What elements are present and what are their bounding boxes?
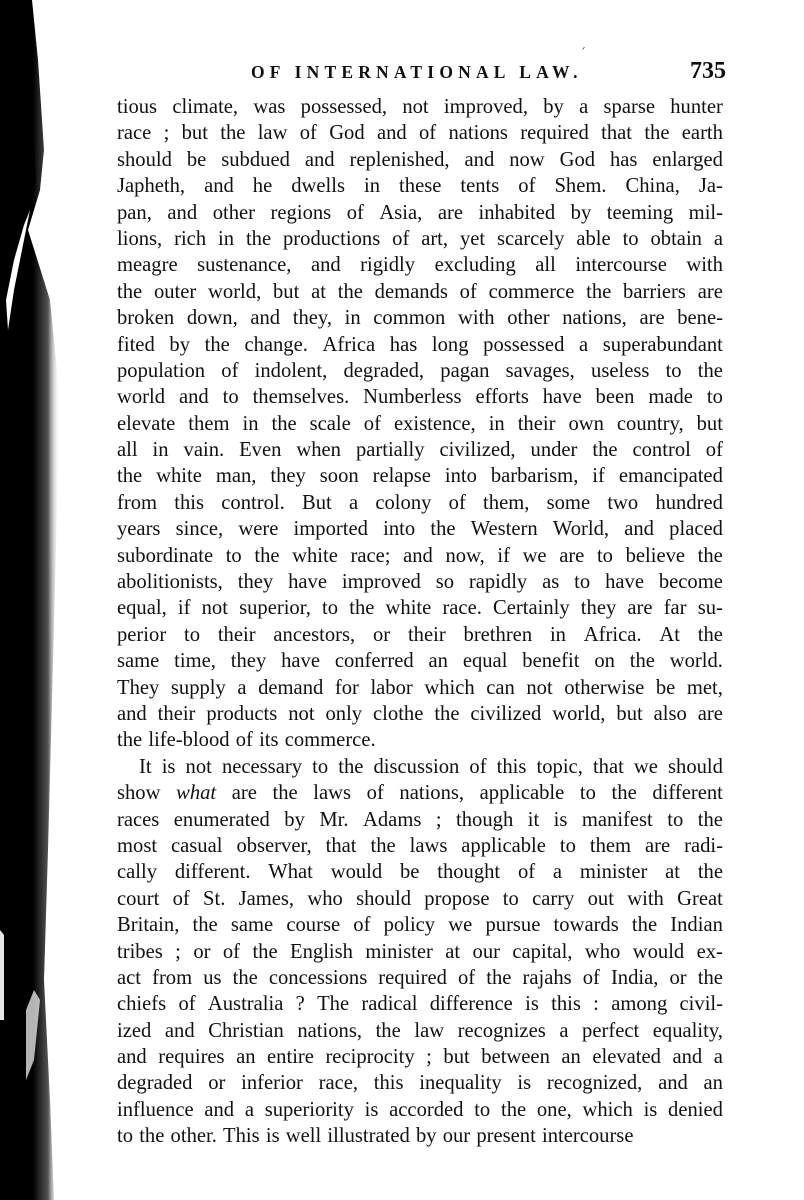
text-line: courtofSt.James,whoshouldproposetocarryo… (117, 886, 723, 912)
text-line: actfromustheconcessionsrequiredoftheraja… (117, 965, 723, 991)
text-line: equal,ifnotsuperior,tothewhiterace.Certa… (117, 595, 723, 621)
text-line: fitedbythechange.Africahaslongpossesseda… (117, 332, 723, 358)
text-line: mostcasualobserver,thatthelawsapplicable… (117, 833, 723, 859)
text-line: populationofindolent,degraded,pagansavag… (117, 358, 723, 384)
text-line: Itisnotnecessarytothediscussionofthistop… (117, 754, 723, 780)
text-line: abolitionists,theyhaveimprovedsorapidlya… (117, 569, 723, 595)
text-line: tiousclimate,waspossessed,notimproved,by… (117, 94, 723, 120)
text-line: subordinatetothewhiterace;andnow,ifweare… (117, 543, 723, 569)
body-text: tiousclimate,waspossessed,notimproved,by… (117, 94, 723, 1150)
text-line: meagresustenance,andrigidlyexcludingalli… (117, 252, 723, 278)
text-line: elevatetheminthescaleofexistence,intheir… (117, 411, 723, 437)
text-line: Britain,thesamecourseofpolicywepursuetow… (117, 912, 723, 938)
text-line: racesenumeratedbyMr.Adams;thoughitismani… (117, 807, 723, 833)
text-line: andtheirproductsnotonlyclothethecivilize… (117, 701, 723, 727)
paragraph: Itisnotnecessarytothediscussionofthistop… (117, 754, 723, 1150)
text-line: sametime,theyhaveconferredanequalbenefit… (117, 648, 723, 674)
paragraph: tiousclimate,waspossessed,notimproved,by… (117, 94, 723, 754)
text-line: yearssince,wereimportedintotheWesternWor… (117, 516, 723, 542)
text-line: brokendown,andthey,incommonwithothernati… (117, 305, 723, 331)
stray-mark: ˊ (580, 46, 586, 60)
book-page: ˊ OF INTERNATIONAL LAW. 735 tiousclimate… (117, 56, 723, 1150)
page-number: 735 (690, 58, 726, 85)
running-head: ˊ OF INTERNATIONAL LAW. 735 (117, 56, 723, 94)
text-line: theouterworld,butatthedemandsofcommercet… (117, 279, 723, 305)
text-line: periortotheirancestors,ortheirbrethrenin… (117, 622, 723, 648)
text-line: callydifferent.Whatwouldbethoughtofamini… (117, 859, 723, 885)
text-line: totheother.Thisiswellillustratedbyourpre… (117, 1123, 723, 1149)
text-line: thelife-bloodofitscommerce. (117, 727, 723, 753)
binding-shadow (0, 0, 70, 1200)
text-line: andrequiresanentirereciprocity;butbetwee… (117, 1044, 723, 1070)
text-line: degradedorinferiorrace,thisinequalityisr… (117, 1070, 723, 1096)
text-line: influenceandasuperiorityisaccordedtotheo… (117, 1097, 723, 1123)
text-line: pan,andotherregionsofAsia,areinhabitedby… (117, 200, 723, 226)
text-line: worldandtothemselves.Numberlesseffortsha… (117, 384, 723, 410)
text-line: showwhatarethelawsofnations,applicableto… (117, 780, 723, 806)
running-title: OF INTERNATIONAL LAW. (251, 62, 583, 83)
text-line: izedandChristiannations,thelawrecognizes… (117, 1018, 723, 1044)
text-line: fromthiscontrol.Butacolonyofthem,sometwo… (117, 490, 723, 516)
text-line: tribes;oroftheEnglishministeratourcapita… (117, 939, 723, 965)
text-line: thewhiteman,theysoonrelapseintobarbarism… (117, 463, 723, 489)
text-line: lions,richintheproductionsofart,yetscarc… (117, 226, 723, 252)
text-line: allinvain.Evenwhenpartiallycivilized,und… (117, 437, 723, 463)
text-line: Japheth,andhedwellsinthesetentsofShem.Ch… (117, 173, 723, 199)
text-line: Theysupplyademandforlaborwhichcannotothe… (117, 675, 723, 701)
text-line: chiefsofAustralia?Theradicaldifferenceis… (117, 991, 723, 1017)
text-line: race;butthelawofGodandofnationsrequiredt… (117, 120, 723, 146)
text-line: shouldbesubduedandreplenished,andnowGodh… (117, 147, 723, 173)
